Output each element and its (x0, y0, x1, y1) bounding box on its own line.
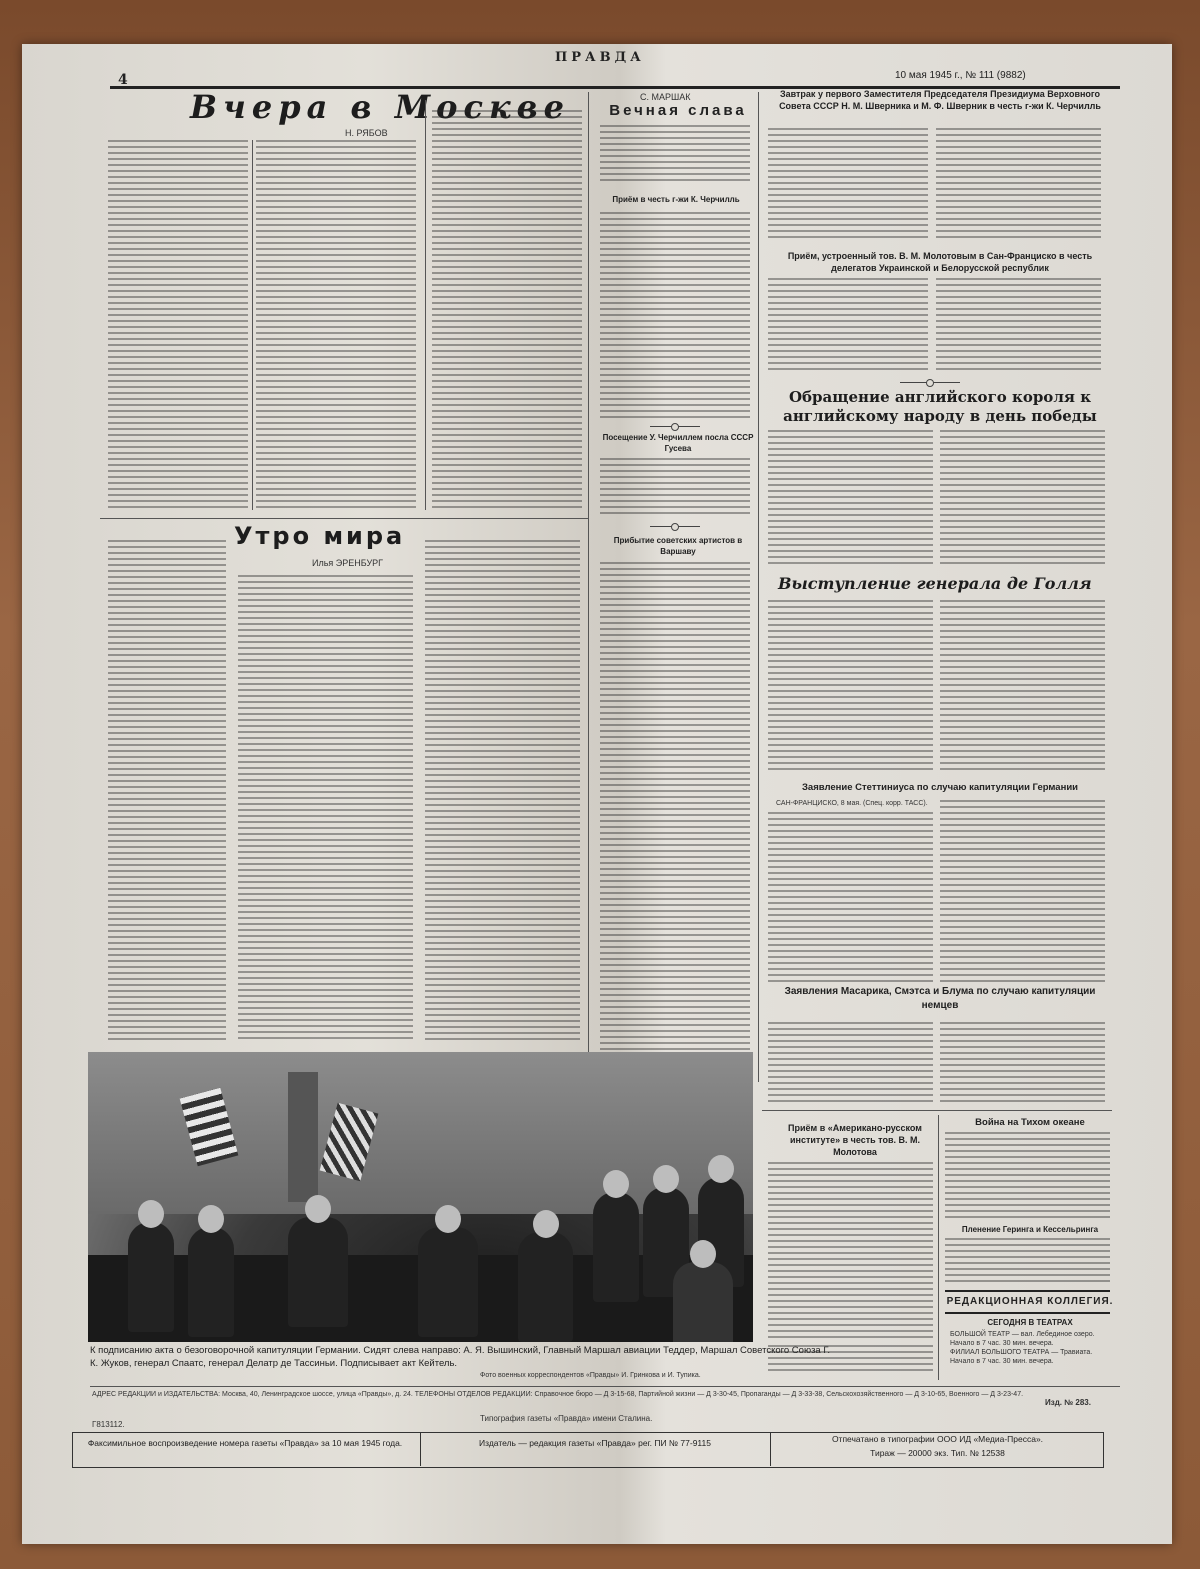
person-figure (128, 1222, 174, 1332)
headline-gusev-visit: Посещение У. Черчиллем посла СССР Гусева (598, 432, 758, 454)
issue-date: 10 мая 1945 г., № 111 (9882) (895, 70, 1026, 81)
section-rule (762, 1110, 1112, 1111)
theaters-list: БОЛЬШОЙ ТЕАТР — вал. Лебединое озеро. На… (950, 1330, 1115, 1366)
text-column (432, 110, 582, 510)
footer-rule (90, 1386, 1120, 1387)
facsimile-note: Факсимильное воспроизведение номера газе… (80, 1438, 410, 1448)
editorial-address: АДРЕС РЕДАКЦИИ и ИЗДАТЕЛЬСТВА: Москва, 4… (92, 1390, 1032, 1399)
publisher-note: Издатель — редакция газеты «Правда» рег.… (430, 1438, 760, 1448)
headline-king-address: Обращение английского короля к английско… (770, 388, 1110, 426)
person-figure (593, 1192, 639, 1302)
section-rule (945, 1312, 1110, 1314)
theater-line: ФИЛИАЛ БОЛЬШОГО ТЕАТРА — Травиата. (950, 1348, 1115, 1357)
editorial-board: РЕДАКЦИОННАЯ КОЛЛЕГИЯ. (945, 1296, 1115, 1307)
text-column (940, 600, 1105, 770)
headline-shvernik-breakfast: Завтрак у первого Заместителя Председате… (770, 88, 1110, 112)
text-column (936, 128, 1101, 238)
headline-masaryk: Заявления Масарика, Смэтса и Блума по сл… (770, 985, 1110, 1013)
text-column (945, 1132, 1110, 1222)
person-figure (518, 1232, 573, 1342)
text-column (256, 140, 416, 510)
footer-divider (420, 1432, 421, 1466)
headline-artists-warsaw: Прибытие советских артистов в Варшаву (598, 535, 758, 557)
issue-mark: Изд. № 283. (1045, 1398, 1091, 1407)
headline-goering-capture: Пленение Геринга и Кессельринга (945, 1225, 1115, 1234)
ornament-divider (650, 526, 700, 527)
text-column (940, 430, 1105, 565)
text-column (768, 278, 928, 373)
text-column (768, 128, 928, 238)
headline-american-russian-institute: Приём в «Американо-русском институте» в … (770, 1122, 940, 1158)
headline-stettinius: Заявление Стеттиниуса по случаю капитуля… (770, 782, 1110, 793)
theater-line: Начало в 7 час. 30 мин. вечера. (950, 1339, 1115, 1348)
text-column (945, 1238, 1110, 1283)
text-column (768, 1162, 933, 1342)
column-rule (425, 100, 426, 510)
print-code: Г813112. (92, 1420, 125, 1429)
text-column (768, 812, 933, 982)
ornament-divider (900, 382, 960, 383)
text-column (238, 575, 413, 1040)
photo-caption: К подписанию акта о безоговорочной капит… (90, 1344, 830, 1370)
column-rule (938, 1115, 939, 1380)
person-figure (288, 1217, 348, 1327)
poem-text (600, 125, 750, 185)
text-column (425, 540, 580, 1040)
column-rule (588, 92, 589, 1052)
text-column (940, 800, 1105, 982)
headline-morning-peace: Утро мира (234, 522, 405, 550)
newspaper-name: ПРАВДА (555, 50, 645, 65)
text-column (768, 430, 933, 565)
headline-de-gaulle: Выступление генерала де Голля (778, 574, 1092, 593)
section-rule (100, 518, 588, 519)
text-column (768, 1345, 933, 1373)
column-rule (252, 140, 253, 510)
text-column (108, 140, 248, 510)
text-column (108, 540, 226, 1040)
dateline-stettinius: САН-ФРАНЦИСКО, 8 мая. (Спец. корр. ТАСС)… (776, 800, 936, 807)
column-rule (758, 92, 759, 1082)
headline-eternal-glory: Вечная слава (598, 102, 758, 119)
byline-moscow: Н. РЯБОВ (345, 128, 388, 138)
text-column (768, 1022, 933, 1102)
text-column (768, 600, 933, 770)
author-marshak: С. МАРШАК (640, 92, 691, 102)
theater-line: БОЛЬШОЙ ТЕАТР — вал. Лебединое озеро. (950, 1330, 1115, 1339)
theaters-heading: СЕГОДНЯ В ТЕАТРАХ (945, 1318, 1115, 1327)
headline-molotov-reception: Приём, устроенный тов. В. М. Молотовым в… (770, 250, 1110, 274)
footer-divider (770, 1432, 771, 1466)
text-column (600, 458, 750, 518)
printed-at-note: Отпечатано в типографии ООО ИД «Медиа-Пр… (780, 1434, 1095, 1444)
text-column (600, 212, 750, 422)
text-column (936, 278, 1101, 373)
soviet-flag (288, 1072, 318, 1202)
ornament-divider (650, 426, 700, 427)
section-rule (945, 1290, 1110, 1292)
byline-ehrenburg: Илья ЭРЕНБУРГ (312, 558, 383, 568)
circulation-note: Тираж — 20000 экз. Тип. № 12538 (780, 1448, 1095, 1458)
printer-name: Типография газеты «Правда» имени Сталина… (480, 1414, 652, 1423)
headline-pacific-war: Война на Тихом океане (945, 1117, 1115, 1128)
keitel-figure (673, 1262, 733, 1342)
photo-credit: Фото военных корреспондентов «Правды» И.… (480, 1372, 701, 1379)
theater-line: Начало в 7 час. 30 мин. вечера. (950, 1357, 1115, 1366)
text-column (940, 1022, 1105, 1102)
person-figure (418, 1227, 478, 1337)
person-figure (188, 1227, 234, 1337)
text-column (600, 562, 750, 1062)
headline-churchill-reception: Приём в честь г-жи К. Черчилль (596, 195, 756, 204)
surrender-signing-photo (88, 1052, 753, 1342)
